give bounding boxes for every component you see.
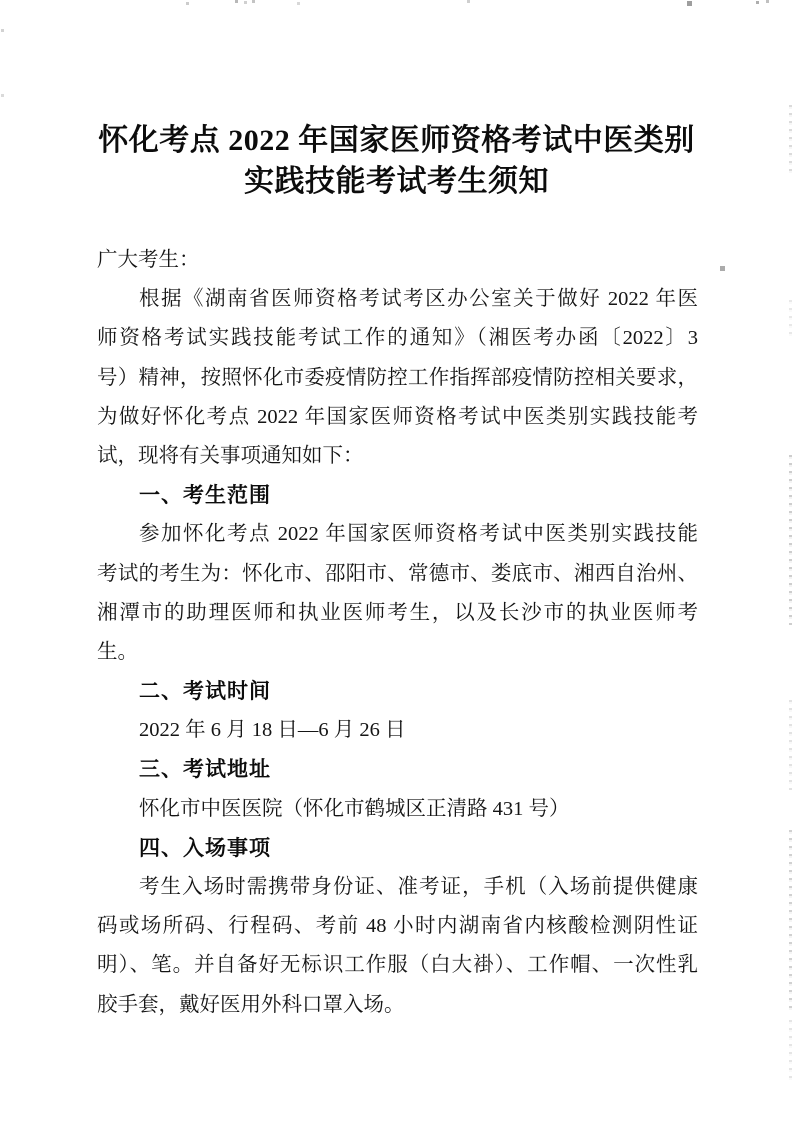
exam-date: 2022 年 6 月 18 日—6 月 26 日 (97, 711, 698, 750)
section1-line-4: 生。 (97, 633, 698, 672)
intro-line-3: 号）精神，按照怀化市委疫情防控工作指挥部疫情防控相关要求， (97, 359, 698, 398)
heading-section-1: 一、考生范围 (97, 476, 698, 515)
scan-noise-right-edge (789, 300, 792, 340)
salutation: 广大考生： (97, 241, 698, 280)
section4-line-2: 码或场所码、行程码、考前 48 小时内湖南省内核酸检测阴性证 (97, 907, 698, 946)
scan-noise-top-specks (0, 0, 1, 1)
section4-line-1: 考生入场时需携带身份证、准考证，手机（入场前提供健康 (97, 868, 698, 907)
heading-section-4: 四、入场事项 (97, 829, 698, 868)
scan-noise-right-edge (789, 1020, 792, 1080)
scan-noise-right-edge (789, 700, 792, 790)
intro-line-1: 根据《湖南省医师资格考试考区办公室关于做好 2022 年医 (97, 280, 698, 319)
section1-line-3: 湘潭市的助理医师和执业医师考生，以及长沙市的执业医师考 (97, 594, 698, 633)
scan-noise-right-edge (789, 830, 792, 1010)
document-title-line-1: 怀化考点 2022 年国家医师资格考试中医类别 (0, 120, 793, 161)
scanned-document-page: 怀化考点 2022 年国家医师资格考试中医类别 实践技能考试考生须知 广大考生：… (0, 0, 793, 1122)
section1-line-2: 考试的考生为：怀化市、邵阳市、常德市、娄底市、湘西自治州、 (97, 555, 698, 594)
document-body: 广大考生： 根据《湖南省医师资格考试考区办公室关于做好 2022 年医 师资格考… (97, 241, 698, 1025)
document-title: 怀化考点 2022 年国家医师资格考试中医类别 实践技能考试考生须知 (0, 120, 793, 202)
heading-section-3: 三、考试地址 (97, 750, 698, 789)
scan-noise-dot (720, 266, 725, 271)
section4-line-4: 胶手套，戴好医用外科口罩入场。 (97, 986, 698, 1025)
section1-line-1: 参加怀化考点 2022 年国家医师资格考试中医类别实践技能 (97, 515, 698, 554)
intro-line-4: 为做好怀化考点 2022 年国家医师资格考试中医类别实践技能考 (97, 398, 698, 437)
section4-line-3: 明）、笔。并自备好无标识工作服（白大褂）、工作帽、一次性乳 (97, 946, 698, 985)
intro-line-5: 试，现将有关事项通知如下： (97, 437, 698, 476)
document-title-line-2: 实践技能考试考生须知 (0, 161, 793, 202)
heading-section-2: 二、考试时间 (97, 672, 698, 711)
intro-line-2: 师资格考试实践技能考试工作的通知》（湘医考办函〔2022〕3 (97, 319, 698, 358)
scan-noise-right-edge (789, 455, 792, 625)
exam-address: 怀化市中医医院（怀化市鹤城区正清路 431 号） (97, 790, 698, 829)
scan-noise-right-edge (789, 105, 792, 175)
